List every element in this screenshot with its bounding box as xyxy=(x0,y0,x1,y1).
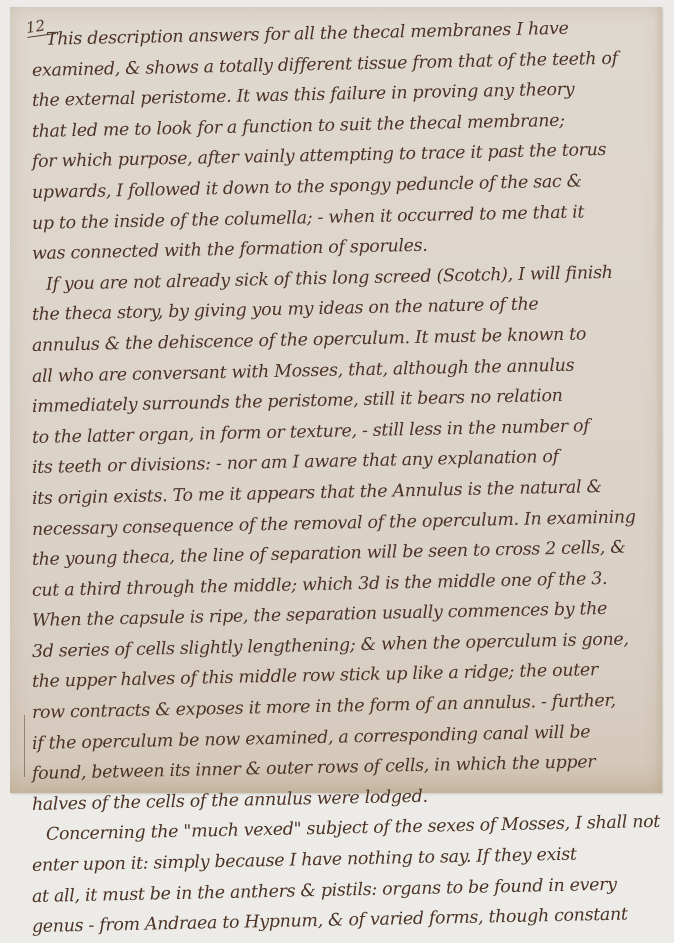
manuscript-text: This description answers for all the the… xyxy=(32,25,652,800)
margin-bracket-mark xyxy=(24,715,29,777)
manuscript-page: 12 This description answers for all the … xyxy=(10,7,662,793)
page-edge-shading xyxy=(654,7,662,793)
